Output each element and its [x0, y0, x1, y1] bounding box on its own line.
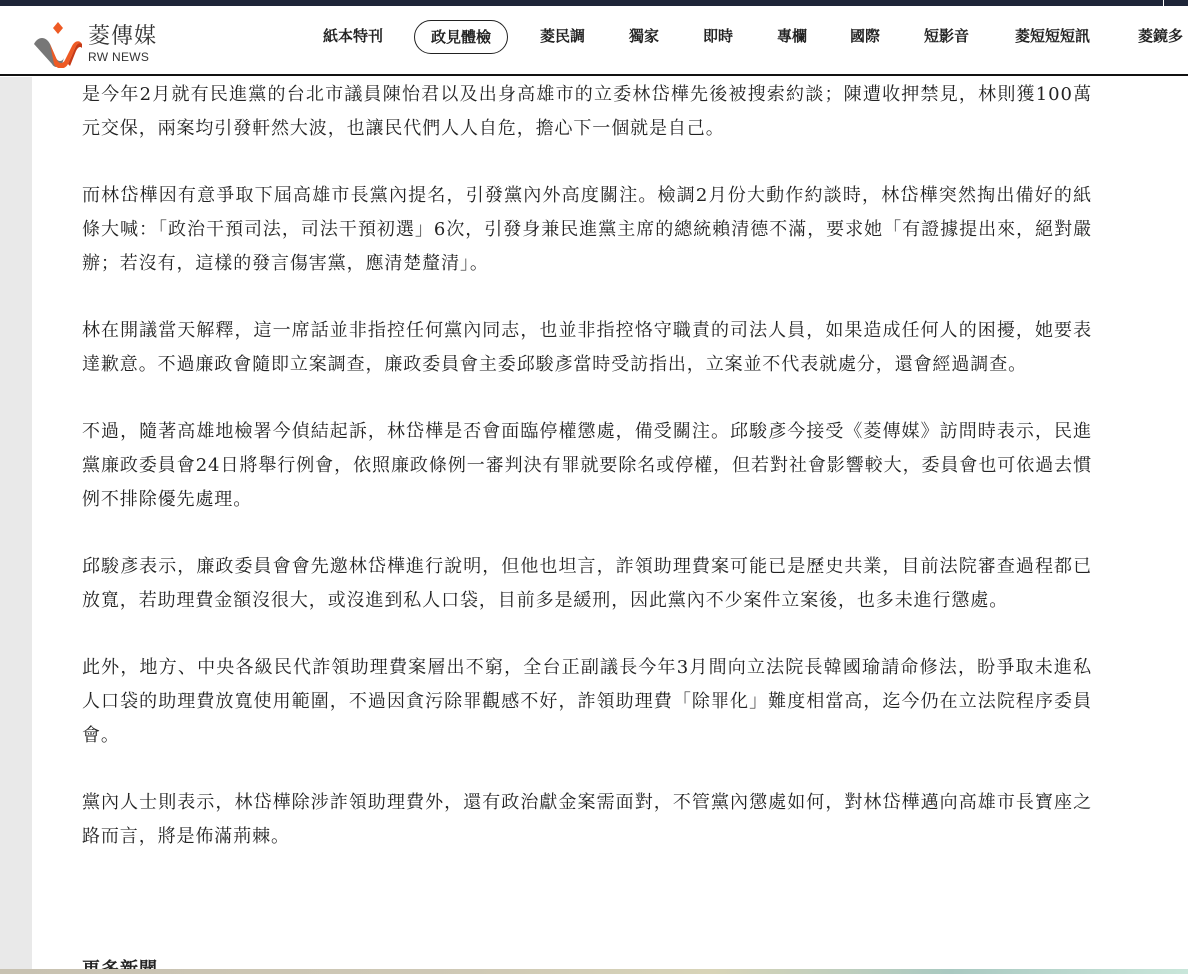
nav-item-poll[interactable]: 菱民調: [540, 20, 585, 54]
nav-item-short-video[interactable]: 短影音: [924, 20, 969, 54]
site-header: 菱傳媒 RW NEWS 紙本特刊 政見體檢 菱民調 獨家 即時 專欄 國際 短影…: [0, 6, 1188, 76]
nav-item-short-news[interactable]: 菱短短短訊: [1015, 20, 1090, 54]
nav-item-print-special[interactable]: 紙本特刊: [323, 20, 383, 54]
nav-item-column[interactable]: 專欄: [777, 20, 807, 54]
article-paragraph: 黨內人士則表示，林岱樺除涉詐領助理費外，還有政治獻金案需面對，不管黨內懲處如何，…: [82, 786, 1092, 854]
article-paragraph: 此外，地方、中央各級民代詐領助理費案層出不窮，全台正副議長今年3月間向立法院長韓…: [82, 651, 1092, 753]
article-paragraph: 是今年2月就有民進黨的台北市議員陳怡君以及出身高雄市的立委林岱樺先後被搜索約談；…: [82, 78, 1092, 146]
nav-item-exclusive[interactable]: 獨家: [629, 20, 659, 54]
article-paragraph: 林在開議當天解釋，這一席話並非指控任何黨內同志，也並非指控恪守職責的司法人員，如…: [82, 314, 1092, 382]
article-paragraph: 邱駿彥表示，廉政委員會會先邀林岱樺進行說明，但他也坦言，詐領助理費案可能已是歷史…: [82, 550, 1092, 618]
article-paragraph: 而林岱樺因有意爭取下屆高雄市長黨內提名，引發黨內外高度關注。檢調2月份大動作約談…: [82, 179, 1092, 281]
nav-item-policy-check[interactable]: 政見體檢: [414, 20, 508, 54]
left-gutter: [0, 77, 32, 974]
nav-item-mirror-more[interactable]: 菱鏡多: [1138, 20, 1183, 54]
bottom-banner-edge: [0, 969, 1188, 974]
nav-item-international[interactable]: 國際: [850, 20, 880, 54]
article-body: 是今年2月就有民進黨的台北市議員陳怡君以及出身高雄市的立委林岱樺先後被搜索約談；…: [82, 77, 1092, 887]
nav-item-breaking[interactable]: 即時: [703, 20, 733, 54]
main-nav: 紙本特刊 政見體檢 菱民調 獨家 即時 專欄 國際 短影音 菱短短短訊 菱鏡多: [0, 20, 1188, 54]
article-paragraph: 不過，隨著高雄地檢署今偵結起訴，林岱樺是否會面臨停權懲處，備受關注。邱駿彥今接受…: [82, 415, 1092, 517]
